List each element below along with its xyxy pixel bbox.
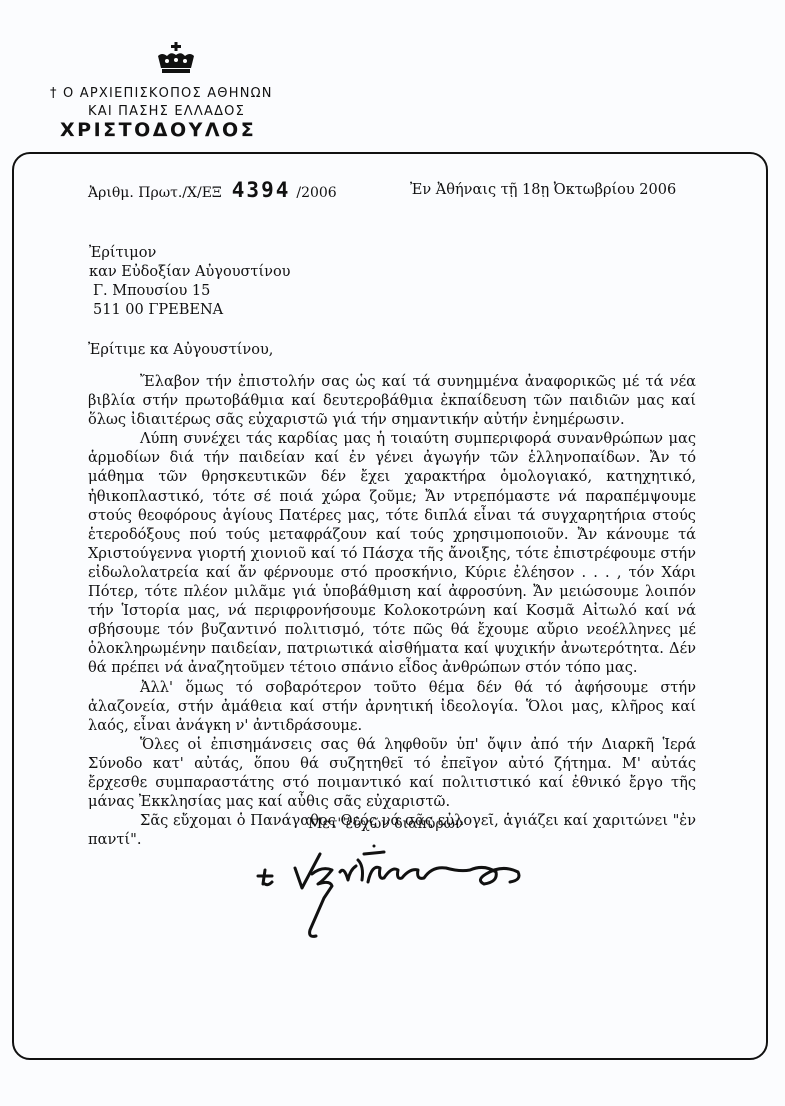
address-line: καν Εὐδοξίαν Αὐγουστίνου [89, 263, 291, 282]
reference-number: Ἀριθμ. Πρωτ./Χ/ΕΞ4394/2006 [88, 178, 337, 202]
letterhead-name: ΧΡΙΣΤΟΔΟΥΛΟΣ [60, 119, 256, 141]
reference-suffix: /2006 [296, 185, 336, 201]
reference-prefix: Ἀριθμ. Πρωτ./Χ/ΕΞ [88, 185, 222, 201]
crown-icon [154, 42, 198, 78]
recipient-address: Ἐρίτιμον καν Εὐδοξίαν Αὐγουστίνου Γ. Μπο… [89, 244, 291, 320]
paragraph: Ἔλαβον τήν ἐπιστολήν σας ὡς καί τά συνημ… [88, 372, 696, 429]
letter-date: Ἐν Ἀθήναις τῇ 18ῃ Ὀκτωβρίου 2006 [410, 182, 676, 198]
salutation: Ἐρίτιμε κα Αὐγουστίνου, [88, 342, 273, 358]
paragraph: Λύπη συνέχει τάς καρδίας μας ἡ τοιαύτη σ… [88, 429, 696, 677]
address-line: Ἐρίτιμον [89, 244, 291, 263]
signature-image [240, 840, 600, 960]
closing-phrase: Μετ' εὐχῶν διαπύρων [308, 816, 464, 832]
protocol-number: 4394 [232, 178, 291, 202]
paragraph: Ὅλες οἱ ἐπισημάνσεις σας θά ληφθοῦν ὑπ' … [88, 735, 696, 811]
letter-body: Ἔλαβον τήν ἐπιστολήν σας ὡς καί τά συνημ… [88, 372, 696, 849]
address-line: 511 00 ΓΡΕΒΕΝΑ [89, 301, 291, 320]
address-line: Γ. Μπουσίου 15 [89, 282, 291, 301]
letterhead-subtitle: ΚΑΙ ΠΑΣΗΣ ΕΛΛΑΔΟΣ [88, 104, 245, 119]
paragraph: Ἀλλ' ὅμως τό σοβαρότερον τοῦτο θέμα δέν … [88, 678, 696, 735]
letterhead-title: † Ο ΑΡΧΙΕΠΙΣΚΟΠΟΣ ΑΘΗΝΩΝ [50, 86, 273, 101]
